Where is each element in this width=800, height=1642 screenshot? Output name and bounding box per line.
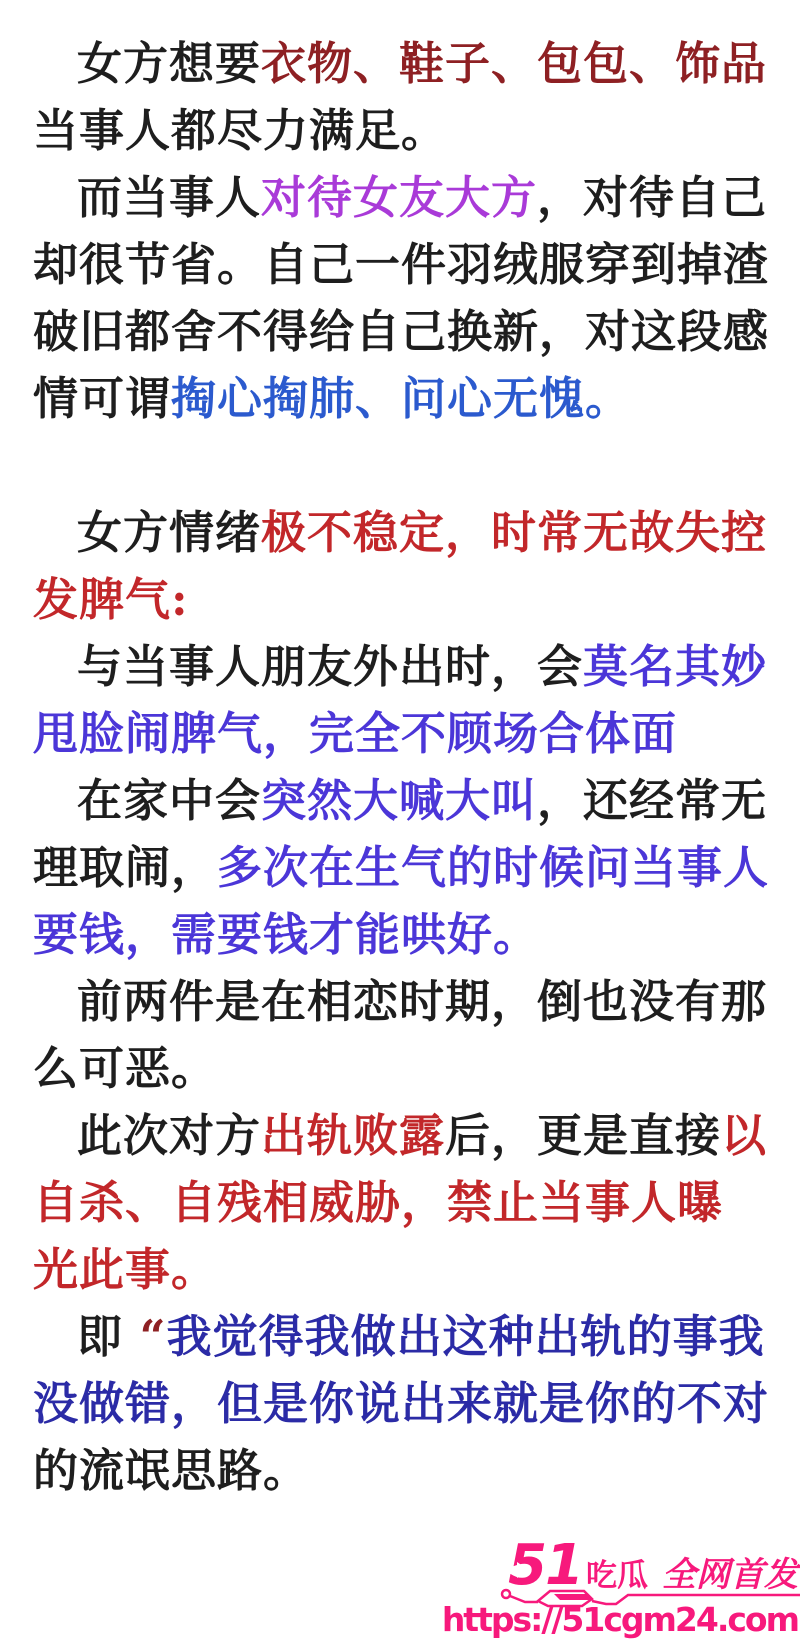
play-triangle-icon: [517, 1562, 529, 1578]
text-segment: ，还经常无: [537, 774, 767, 827]
text-segment: 破旧都舍不得给自己换新，对这段感: [33, 305, 769, 358]
text-segment: 女方想要: [77, 37, 261, 90]
text-line: 前两件是在相恋时期，倒也没有那: [33, 968, 790, 1035]
text-segment: 的流氓思路。: [33, 1444, 309, 1497]
text-segment: 衣物、鞋子、包包、饰品: [261, 37, 767, 90]
text-segment: 当事人都尽力满足。: [33, 104, 447, 157]
text-line: 么可恶。: [33, 1035, 790, 1102]
text-line: 在家中会突然大喊大叫，还经常无: [33, 767, 790, 834]
text-segment: 光此事。: [33, 1243, 217, 1296]
text-segment: 发脾气:: [33, 573, 189, 626]
text-segment: 突然大喊大叫: [261, 774, 537, 827]
text-segment: 情可谓: [33, 372, 171, 425]
text-segment: 即: [77, 1310, 140, 1363]
text-segment: 多次在生气的时候问当事人: [217, 841, 769, 894]
text-line: 发脾气:: [33, 566, 790, 633]
text-line: 破旧都舍不得给自己换新，对这段感: [33, 298, 790, 365]
text-segment: 出轨败露: [261, 1109, 445, 1162]
text-segment: 后，更是直接: [445, 1109, 721, 1162]
text-segment: 极不稳定，时常无故失控: [261, 506, 767, 559]
text-segment: 在家中会: [77, 774, 261, 827]
text-segment: 与当事人朋友外出时，会: [77, 640, 583, 693]
text-segment: 理取闹，: [33, 841, 217, 894]
text-line: 理取闹，多次在生气的时候问当事人: [33, 834, 790, 901]
text-segment: 对待女友大方: [261, 171, 537, 224]
line-spacer: [33, 432, 790, 499]
text-line: 要钱，需要钱才能哄好。: [33, 901, 790, 968]
text-line: 女方情绪极不稳定，时常无故失控: [33, 499, 790, 566]
text-line: 当事人都尽力满足。: [33, 97, 790, 164]
text-line: 与当事人朋友外出时，会莫名其妙: [33, 633, 790, 700]
text-line: 而当事人对待女友大方，对待自己: [33, 164, 790, 231]
text-segment: “: [140, 1310, 167, 1363]
text-line: 此次对方出轨败露后，更是直接以: [33, 1102, 790, 1169]
text-segment: 要钱，需要钱才能哄好。: [33, 908, 539, 961]
text-segment: 却很节省。自己一件羽绒服穿到掉渣: [33, 238, 769, 291]
text-line: 即 “我觉得我做出这种出轨的事我: [33, 1303, 790, 1370]
text-segment: 莫名其妙: [583, 640, 767, 693]
text-segment: 我觉得我做出这种出轨的事我: [167, 1310, 765, 1363]
text-line: 情可谓掏心掏肺、问心无愧。: [33, 365, 790, 432]
text-line: 光此事。: [33, 1236, 790, 1303]
text-segment: 甩脸闹脾气，完全不顾场合体面: [33, 707, 677, 760]
text-line: 没做错，但是你说出来就是你的不对: [33, 1370, 790, 1437]
text-segment: 么可恶。: [33, 1042, 217, 1095]
text-line: 自杀、自残相威胁，禁止当事人曝: [33, 1169, 790, 1236]
text-segment: ，对待自己: [537, 171, 767, 224]
article-text: 女方想要衣物、鞋子、包包、饰品当事人都尽力满足。而当事人对待女友大方，对待自己却…: [33, 30, 790, 1504]
text-line: 女方想要衣物、鞋子、包包、饰品: [33, 30, 790, 97]
text-line: 的流氓思路。: [33, 1437, 790, 1504]
text-segment: 以: [721, 1109, 767, 1162]
text-segment: 此次对方: [77, 1109, 261, 1162]
text-segment: 自杀、自残相威胁，禁止当事人曝: [33, 1176, 723, 1229]
watermark-url: https://51cgm24.com: [442, 1600, 798, 1639]
text-segment: 掏心掏肺、问心无愧。: [171, 372, 631, 425]
text-segment: 女方情绪: [77, 506, 261, 559]
text-line: 却很节省。自己一件羽绒服穿到掉渣: [33, 231, 790, 298]
text-segment: 而当事人: [77, 171, 261, 224]
text-line: 甩脸闹脾气，完全不顾场合体面: [33, 700, 790, 767]
text-segment: 前两件是在相恋时期，倒也没有那: [77, 975, 767, 1028]
text-segment: 没做错，但是你说出来就是你的不对: [33, 1377, 769, 1430]
